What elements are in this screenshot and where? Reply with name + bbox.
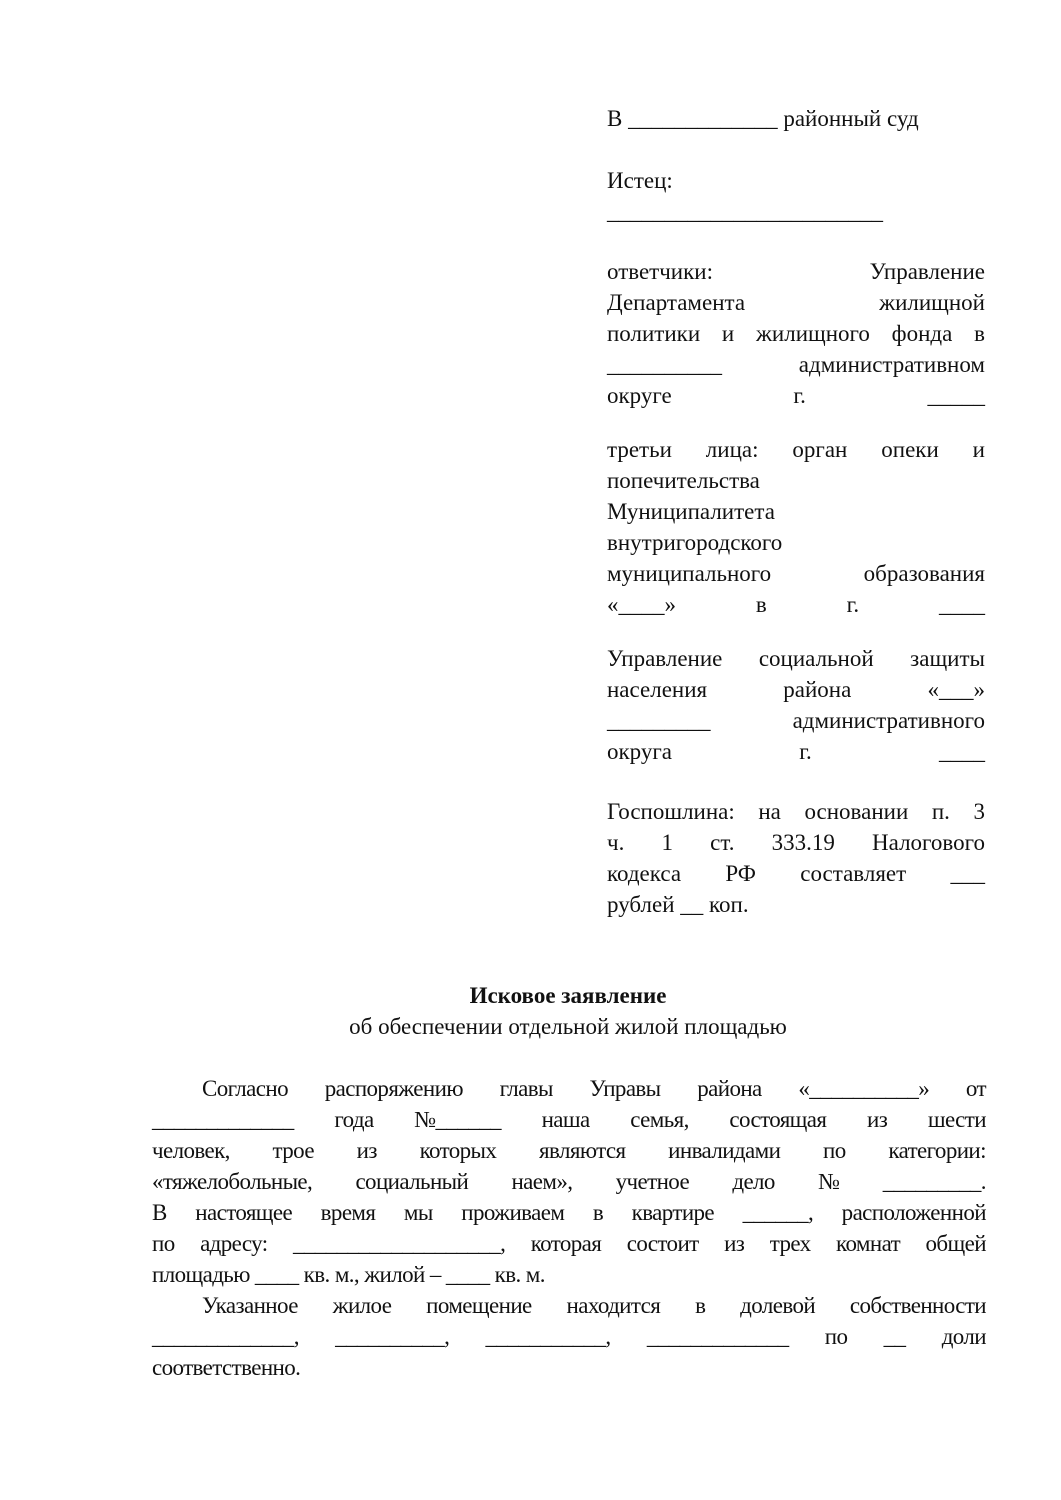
word: опеки [881, 434, 939, 465]
word: составляет [800, 858, 906, 889]
word: в [756, 589, 767, 620]
court-line: В _____________ районный суд [607, 103, 985, 134]
word: и [973, 434, 985, 465]
word: орган [792, 434, 847, 465]
body-line: _____________года№______нашасемья,состоя… [152, 1104, 986, 1135]
title-subtitle: об обеспечении отдельной жилой площадью [150, 1011, 986, 1042]
paragraph-2: Указанноежилоепомещениенаходитсявдолевой… [152, 1290, 986, 1383]
third-parties-line: муниципальногообразования [607, 558, 985, 589]
defendants-line: Департаментажилищной [607, 287, 985, 318]
document-page: В _____________ районный суд Истец: ____… [0, 0, 1061, 1500]
word: ____ [939, 589, 985, 620]
plaintiff-label: Истец: [607, 165, 985, 196]
word: жилищного [756, 318, 870, 349]
word: образования [864, 558, 985, 589]
word: и [722, 318, 734, 349]
word: п. [932, 796, 950, 827]
word: политики [607, 318, 700, 349]
third-parties-line: попечительства [607, 465, 985, 496]
state-fee-line: рублей __ коп. [607, 889, 985, 920]
word: района [783, 674, 851, 705]
body-line: поадресу:___________________,котораясост… [152, 1228, 986, 1259]
word: Госпошлина: [607, 796, 735, 827]
state-fee-line: ч.1ст.333.19Налогового [607, 827, 985, 858]
word: социальной [759, 643, 874, 674]
word: кодекса [607, 858, 681, 889]
word: округа [607, 736, 672, 767]
body-line: «тяжелобольные,социальныйнаем»,учетноеде… [152, 1166, 986, 1197]
defendants-line: ответчики:Управление [607, 256, 985, 287]
word: муниципального [607, 558, 771, 589]
defendants-line: __________административном [607, 349, 985, 380]
social-protection-line: округаг.____ [607, 736, 985, 767]
word: 3 [973, 796, 985, 827]
social-protection-line: Управлениесоциальнойзащиты [607, 643, 985, 674]
word: _________ [607, 705, 711, 736]
document-title: Исковое заявление об обеспечении отдельн… [150, 980, 986, 1042]
word: лица: [706, 434, 759, 465]
third-parties-line: третьилица:органопекии [607, 434, 985, 465]
plaintiff-block: Истец: ________________________ [607, 165, 985, 227]
word: основании [804, 796, 908, 827]
body-line: площадью ____ кв. м., жилой – ____ кв. м… [152, 1259, 986, 1290]
word: г. [799, 736, 812, 767]
word: «___» [928, 674, 986, 705]
plaintiff-blank: ________________________ [607, 196, 985, 227]
body-line: _____________,__________,___________,___… [152, 1321, 986, 1352]
word: 1 [662, 827, 674, 858]
third-parties-line: «____»вг.____ [607, 589, 985, 620]
state-fee-line: кодексаРФсоставляет___ [607, 858, 985, 889]
body-line: человек,троеизкоторыхявляютсяинвалидамип… [152, 1135, 986, 1166]
word: фонда [892, 318, 953, 349]
word: ___ [950, 858, 985, 889]
defendants-line: округег._____ [607, 380, 985, 411]
word: административного [793, 705, 985, 736]
social-protection-block: Управлениесоциальнойзащитынаселениярайон… [607, 643, 985, 767]
defendants-block: ответчики:УправлениеДепартаментажилищной… [607, 256, 985, 411]
word: ответчики: [607, 256, 713, 287]
word: Управление [607, 643, 722, 674]
word: в [974, 318, 985, 349]
state-fee-line: Госпошлина:наоснованиип.3 [607, 796, 985, 827]
title-main: Исковое заявление [150, 980, 986, 1011]
word: г. [847, 589, 860, 620]
court-addressee: В _____________ районный суд [607, 103, 985, 134]
third-parties-line: Муниципалитета [607, 496, 985, 527]
word: ч. [607, 827, 624, 858]
word: _____ [928, 380, 986, 411]
word: на [758, 796, 781, 827]
state-fee-block: Госпошлина:наоснованиип.3ч.1ст.333.19Нал… [607, 796, 985, 920]
word: г. [793, 380, 806, 411]
defendants-line: политикиижилищногофондав [607, 318, 985, 349]
word: округе [607, 380, 672, 411]
word: населения [607, 674, 707, 705]
word: ____ [939, 736, 985, 767]
word: Департамента [607, 287, 745, 318]
body-line: СогласнораспоряжениюглавыУправырайона«__… [152, 1073, 986, 1104]
word: __________ [607, 349, 722, 380]
word: Управление [870, 256, 985, 287]
word: жилищной [879, 287, 985, 318]
third-parties-block: третьилица:органопекиипопечительстваМуни… [607, 434, 985, 620]
body-line: Указанноежилоепомещениенаходитсявдолевой… [152, 1290, 986, 1321]
word: административном [799, 349, 985, 380]
body-line: Внастоящеевремямыпроживаемвквартире_____… [152, 1197, 986, 1228]
body-line: соответственно. [152, 1352, 986, 1383]
word: третьи [607, 434, 672, 465]
word: ст. [710, 827, 734, 858]
word: РФ [725, 858, 756, 889]
word: Налогового [872, 827, 985, 858]
word: 333.19 [772, 827, 835, 858]
social-protection-line: _________административного [607, 705, 985, 736]
word: защиты [910, 643, 985, 674]
social-protection-line: населениярайона«___» [607, 674, 985, 705]
paragraph-1: СогласнораспоряжениюглавыУправырайона«__… [152, 1073, 986, 1290]
third-parties-line: внутригородского [607, 527, 985, 558]
word: «____» [607, 589, 676, 620]
